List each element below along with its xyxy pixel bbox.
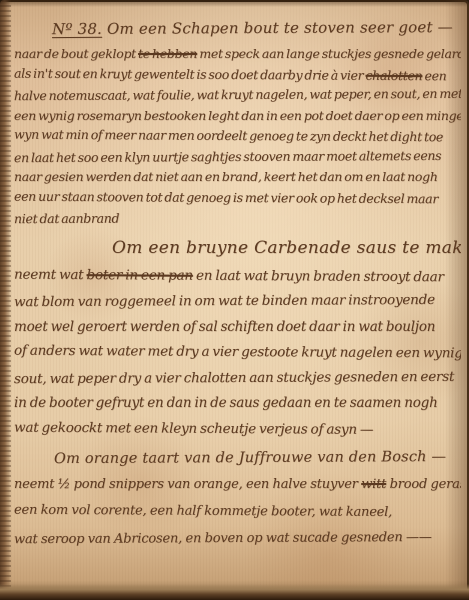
manuscript-line: wyn wat min of meer naar men oordeelt ge… (14, 125, 461, 148)
manuscript-line: een uur staan stooven tot dat genoeg is … (14, 186, 461, 209)
text-segment: Om een Schapen bout te stoven seer goet … (102, 18, 453, 38)
text-segment: sout, wat peper dry a vier chalotten aan… (14, 368, 454, 386)
manuscript-line: neemt ½ pond snippers van orange, een ha… (14, 471, 461, 498)
text-segment: als in't sout en kruyt gewentelt is soo … (14, 65, 366, 82)
text-segment: wat gekoockt met een kleyn scheutje verj… (14, 419, 373, 437)
text-segment: boter in een pan (86, 267, 192, 284)
text-segment: Om orange taart van de Juffrouwe van den… (54, 449, 446, 467)
text-segment: of anders wat water met dry a vier gesto… (14, 343, 461, 362)
manuscript-line: moet wel geroert werden of sal schiften … (14, 315, 461, 341)
manuscript-photo: Nº 38. Om een Schapen bout te stoven see… (0, 0, 469, 600)
text-segment: en laat het soo een klyn uurtje saghtjes… (14, 147, 441, 164)
manuscript-line: en laat het soo een klyn uurtje saghtjes… (14, 145, 461, 168)
manuscript-line: naar de bout geklopt te hebben met speck… (14, 44, 461, 65)
text-segment: met speck aan lange stuckjes gesnede gel… (197, 46, 461, 61)
manuscript-line: als in't sout en kruyt gewentelt is soo … (14, 63, 461, 86)
text-segment: wat seroop van Abricosen, en boven op wa… (14, 530, 432, 547)
manuscript-line: wat seroop van Abricosen, en boven op wa… (14, 524, 461, 553)
page-bottom-edge (0, 584, 469, 600)
text-segment: wat blom van roggemeel in om wat te bind… (14, 292, 435, 310)
text-segment: in de booter gefruyt en dan in de saus g… (14, 395, 438, 411)
manuscript-line: wat blom van roggemeel in om wat te bind… (14, 288, 461, 316)
text-segment: en laat wat bruyn braden strooyt daar (193, 267, 444, 285)
manuscript-line: of anders wat water met dry a vier gesto… (14, 339, 461, 367)
text-segment: moet wel geroert werden of sal schiften … (14, 319, 435, 335)
text-segment: neemt wat (14, 266, 87, 282)
text-segment: een kom vol corente, een half kommetje b… (14, 503, 392, 520)
text-segment: een (422, 68, 446, 83)
manuscript-line: een kom vol corente, een half kommetje b… (14, 497, 461, 527)
recipe-heading: Om een bruyne Carbenade saus te maken (112, 236, 461, 261)
text-segment: Om een bruyne Carbenade saus te maken (112, 238, 461, 258)
text-segment: brood geraspt (386, 477, 461, 492)
recipe-heading: Om orange taart van de Juffrouwe van den… (54, 446, 461, 471)
text-segment: een uur staan stooven tot dat genoeg is … (14, 188, 438, 206)
recipe-number: Nº 38. (52, 20, 102, 38)
text-segment: een wynig rosemaryn bestooken leght dan … (14, 108, 461, 123)
page-top-edge (0, 0, 469, 7)
manuscript-line: neemt wat boter in een pan en laat wat b… (14, 262, 461, 290)
text-segment: witt (361, 477, 386, 492)
manuscript-line: naar gesien werden dat niet aan en brand… (14, 167, 461, 188)
text-segment: chalotten (365, 67, 422, 82)
binding-edge (0, 0, 11, 600)
manuscript-line: een wynig rosemaryn bestooken leght dan … (14, 106, 461, 127)
manuscript-line: sout, wat peper dry a vier chalotten aan… (14, 364, 461, 392)
text-segment: halve notemuscaat, wat foulie, wat kruyt… (14, 86, 461, 103)
text-segment: naar de bout geklopt (14, 46, 138, 61)
manuscript-text: Nº 38. Om een Schapen bout te stoven see… (14, 15, 461, 560)
text-segment: wyn wat min of meer naar men oordeelt ge… (14, 127, 443, 145)
manuscript-line: in de booter gefruyt en dan in de saus g… (14, 391, 461, 417)
text-segment: naar gesien werden dat niet aan en brand… (14, 169, 438, 184)
manuscript-line: niet dat aanbrand (14, 207, 461, 230)
recipe-title-line: Nº 38. Om een Schapen bout te stoven see… (52, 16, 461, 40)
text-segment: neemt ½ pond snippers van orange, een ha… (14, 477, 361, 492)
text-segment: niet dat aanbrand (14, 211, 119, 227)
text-segment: te hebben (138, 46, 197, 61)
manuscript-line: wat gekoockt met een kleyn scheutje verj… (14, 415, 461, 443)
manuscript-line: halve notemuscaat, wat foulie, wat kruyt… (14, 84, 461, 107)
